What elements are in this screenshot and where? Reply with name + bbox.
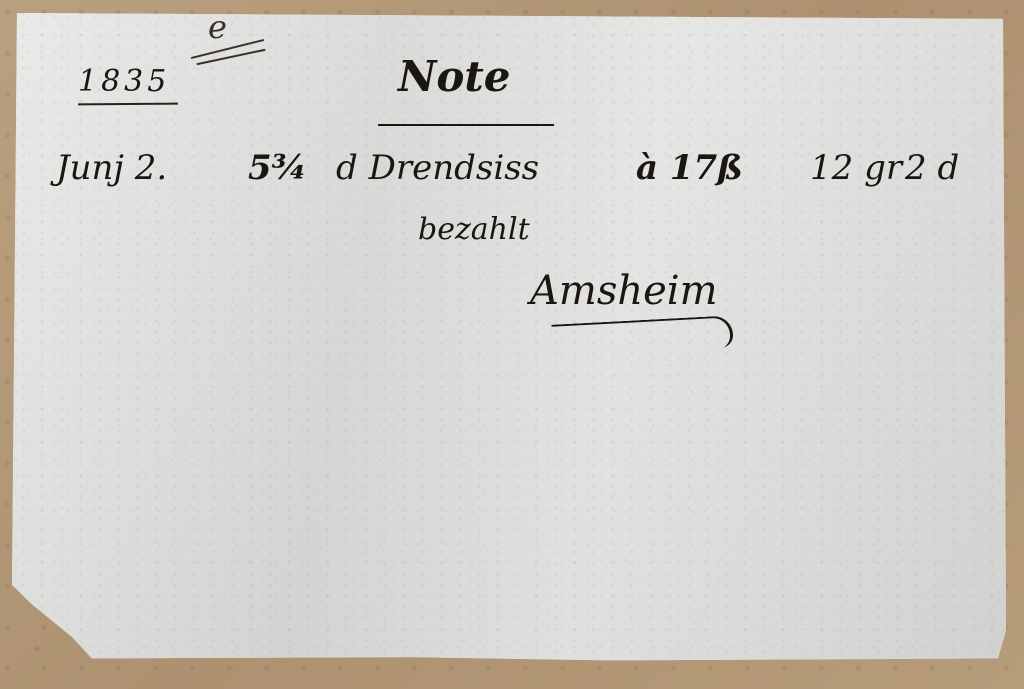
signature: Amsheim (530, 268, 718, 314)
paper-sheet (12, 11, 1010, 663)
entry-description: d Drendsiss (336, 148, 539, 188)
entry-quantity: 5¾ (248, 148, 307, 188)
paid-note: bezahlt (418, 212, 530, 247)
document-title: Note (398, 52, 511, 101)
entry-date: Junj 2. (56, 148, 167, 188)
entry-amount-2: 2 d (905, 148, 959, 188)
entry-rate: à 17ß (636, 148, 743, 188)
year: 1835 (78, 64, 170, 99)
corner-mark: e (208, 8, 227, 46)
entry-amount-1: 12 gr (810, 148, 902, 188)
title-underline (378, 124, 554, 126)
